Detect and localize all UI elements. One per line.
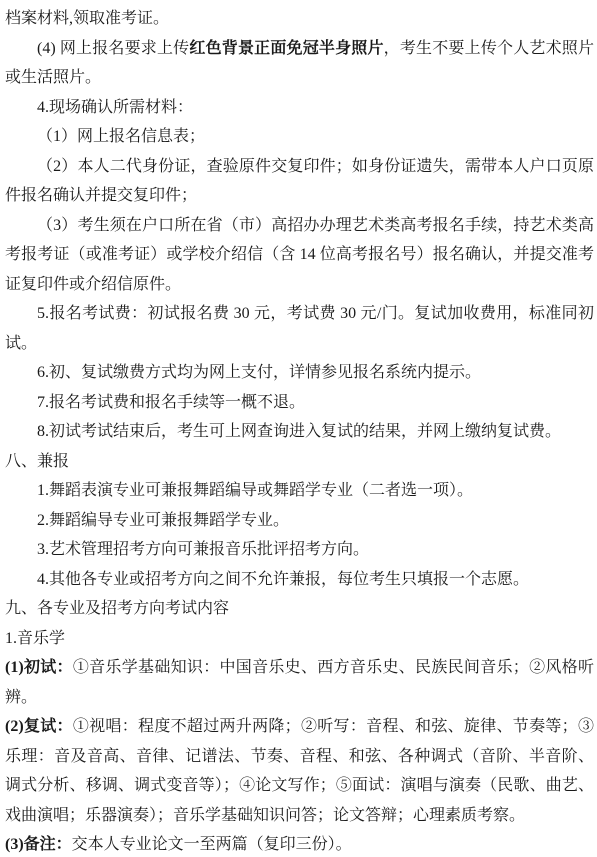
paragraph-fee-item-7: 7.报名考试费和报名手续等一概不退。 — [5, 388, 594, 418]
item4-bold-photo-requirement: 红色背景正面免冠半身照片 — [189, 40, 383, 57]
leading-continuation-line: 档案材料,领取准考证。 — [5, 4, 594, 34]
paragraph-item4-photo-requirement: (4) 网上报名要求上传红色背景正面免冠半身照片，考生不要上传个人艺术照片或生活… — [5, 34, 594, 93]
entry-label-second-round: (2)复试： — [5, 718, 73, 735]
paragraph-fee-item-8: 8.初试考试结束后，考生可上网查询进入复试的结果，并网上缴纳复试费。 — [5, 417, 594, 447]
document-page: 档案材料,领取准考证。 (4) 网上报名要求上传红色背景正面免冠半身照片，考生不… — [0, 0, 597, 857]
paragraph-material-2: （2）本人二代身份证，查验原件交复印件；如身份证遗失，需带本人户口页原件报名确认… — [5, 152, 594, 211]
entry-second-round-exam: (2)复试：①视唱：程度不超过两升两降；②听写：音程、和弦、旋律、节奏等；③乐理… — [5, 712, 594, 830]
section-9-heading: 九、各专业及招考方向考试内容 — [5, 594, 594, 624]
entry-text-second-round: ①视唱：程度不超过两升两降；②听写：音程、和弦、旋律、节奏等；③乐理：音及音高、… — [5, 718, 594, 824]
section8-item-4: 4.其他各专业或招考方向之间不允许兼报，每位考生只填报一个志愿。 — [5, 565, 594, 595]
entry-text-remarks: 交本人专业论文一至两篇（复印三份）。 — [72, 836, 352, 853]
paragraph-fee-item-5: 5.报名考试费：初试报名费 30 元，考试费 30 元/门。复试加收费用，标准同… — [5, 299, 594, 358]
paragraph-material-3: （3）考生须在户口所在省（市）高招办办理艺术类高考报名手续，持艺术类高考报考证（… — [5, 211, 594, 300]
item4-prefix-text: (4) 网上报名要求上传 — [37, 40, 189, 57]
entry-label-preliminary: (1)初试： — [5, 659, 73, 676]
section8-item-2: 2.舞蹈编导专业可兼报舞蹈学专业。 — [5, 506, 594, 536]
entry-preliminary-exam: (1)初试：①音乐学基础知识：中国音乐史、西方音乐史、民族民间音乐；②风格听辨。 — [5, 653, 594, 712]
entry-label-remarks: (3)备注： — [5, 836, 72, 853]
paragraph-materials-heading: 4.现场确认所需材料： — [5, 93, 594, 123]
entry-remarks: (3)备注：交本人专业论文一至两篇（复印三份）。 — [5, 830, 594, 857]
section8-item-3: 3.艺术管理招考方向可兼报音乐批评招考方向。 — [5, 535, 594, 565]
entry-text-preliminary: ①音乐学基础知识：中国音乐史、西方音乐史、民族民间音乐；②风格听辨。 — [5, 659, 594, 706]
paragraph-fee-item-6: 6.初、复试缴费方式均为网上支付，详情参见报名系统内提示。 — [5, 358, 594, 388]
section-8-heading: 八、兼报 — [5, 447, 594, 477]
section8-item-1: 1.舞蹈表演专业可兼报舞蹈编导或舞蹈学专业（二者选一项）。 — [5, 476, 594, 506]
paragraph-material-1: （1）网上报名信息表； — [5, 122, 594, 152]
subject-heading-musicology: 1.音乐学 — [5, 624, 594, 654]
